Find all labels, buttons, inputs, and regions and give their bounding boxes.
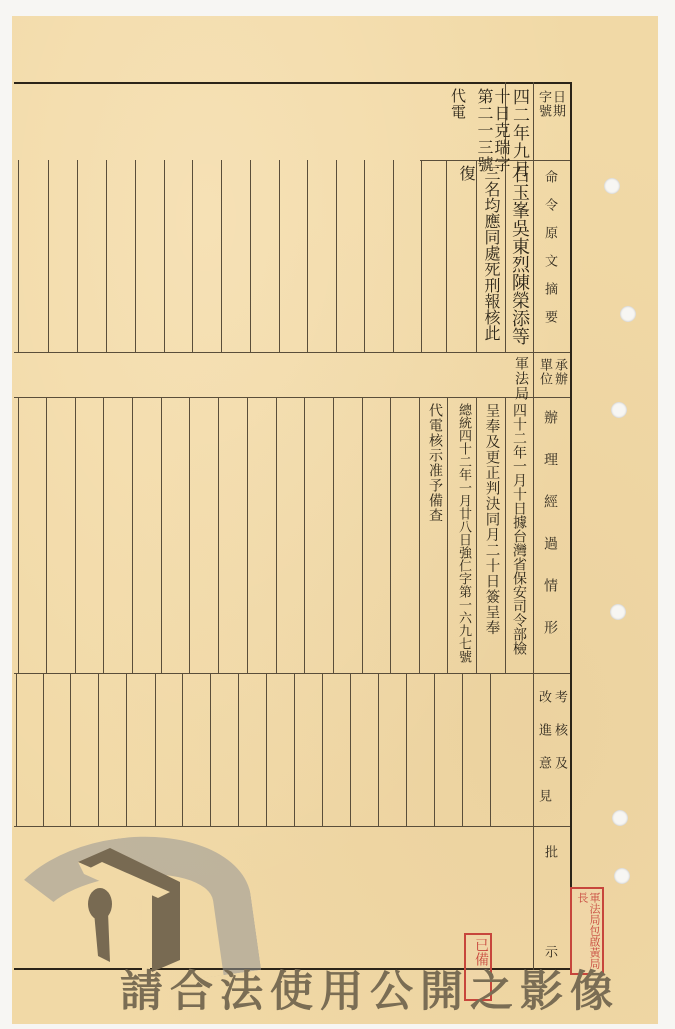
ruled-column-line	[132, 397, 133, 673]
ruled-column-line	[266, 673, 267, 826]
ruled-column-line	[155, 673, 156, 826]
ruled-column-line	[462, 673, 463, 826]
header-unit: 單位	[538, 358, 551, 386]
process-line-2: 呈奉及更正判決同月二十日簽呈奉	[484, 403, 499, 636]
ruled-column-line	[164, 160, 165, 352]
order-line-2: 三名均應同處死刑報核此	[483, 165, 499, 341]
archive-book-keyhole-icon	[70, 842, 190, 972]
ruled-column-line	[476, 397, 477, 673]
ruled-column-line	[364, 160, 365, 352]
ruled-column-line	[304, 397, 305, 673]
ruled-column-line	[238, 673, 239, 826]
ruled-column-line	[294, 673, 295, 826]
process-line-4: 代電核示准予備查	[428, 403, 442, 523]
ruled-column-line	[75, 397, 76, 673]
header-improvement: 改進意見	[537, 690, 550, 822]
frame-right	[570, 82, 572, 970]
punch-hole	[611, 402, 627, 418]
ruled-column-line	[490, 673, 491, 826]
telegram-label: 代電	[450, 88, 465, 120]
ruled-column-line	[505, 397, 506, 673]
header-approval-2: 示	[543, 945, 556, 959]
punch-hole	[612, 810, 628, 826]
ruled-column-line	[505, 160, 506, 352]
ruled-column-line	[421, 160, 422, 352]
ruled-column-line	[70, 673, 71, 826]
row-divider-review	[14, 826, 570, 827]
header-process: 辦理經過情形	[543, 410, 557, 670]
ruled-column-line	[182, 673, 183, 826]
punch-hole	[614, 868, 630, 884]
punch-hole	[620, 306, 636, 322]
row-divider-order	[14, 352, 570, 353]
ruled-column-line	[18, 160, 19, 352]
ruled-column-line	[106, 160, 107, 352]
date-line-2: 十日克瑞字	[493, 88, 509, 173]
ruled-column-line	[250, 160, 251, 352]
ruled-column-line	[279, 160, 280, 352]
ruled-column-line	[322, 673, 323, 826]
ruled-column-line	[18, 397, 19, 673]
ruled-column-line	[192, 160, 193, 352]
label-column-divider	[533, 82, 534, 970]
ruled-column-line	[103, 397, 104, 673]
ruled-column-line	[189, 397, 190, 673]
header-approval-1: 批	[543, 845, 556, 859]
ruled-column-line	[362, 397, 363, 673]
ruled-column-line	[406, 673, 407, 826]
ruled-column-line	[434, 673, 435, 826]
header-handling: 承辦	[553, 358, 566, 386]
ruled-column-line	[393, 160, 394, 352]
ruled-column-line	[247, 397, 248, 673]
ruled-column-line	[378, 673, 379, 826]
number-line: 第二一三號	[476, 88, 492, 173]
frame-top	[14, 82, 571, 84]
ruled-column-line	[46, 397, 47, 673]
ruled-column-line	[336, 160, 337, 352]
ruled-column-line	[16, 673, 17, 826]
ruled-column-line	[77, 160, 78, 352]
ruled-column-line	[48, 160, 49, 352]
punch-hole	[604, 178, 620, 194]
order-line-3: 復	[458, 165, 474, 182]
ruled-column-line	[447, 397, 448, 673]
ruled-column-line	[446, 160, 447, 352]
ruled-column-line	[210, 673, 211, 826]
process-line-1: 四十二年一月十日據台灣省保安司令部檢	[512, 403, 526, 655]
punch-hole	[610, 604, 626, 620]
process-line-3: 總統四十二年一月廿八日強仁字第一六九七號	[457, 403, 470, 663]
ruled-column-line	[161, 397, 162, 673]
ruled-column-line	[419, 397, 420, 673]
usage-watermark: 請合法使用公開之影像	[120, 958, 620, 1019]
ruled-column-line	[276, 397, 277, 673]
ruled-column-line	[218, 397, 219, 673]
ruled-column-line	[98, 673, 99, 826]
header-order-summary: 命令原文摘要	[543, 170, 556, 350]
ruled-column-line	[476, 160, 477, 352]
ruled-column-line	[307, 160, 308, 352]
ruled-column-line	[350, 673, 351, 826]
ruled-column-line	[135, 160, 136, 352]
ruled-column-line	[390, 397, 391, 673]
ruled-column-line	[221, 160, 222, 352]
row-divider-unit-top	[14, 397, 570, 398]
order-line-1: 石玉峯吳東烈陳榮添等	[510, 165, 528, 345]
ruled-column-line	[333, 397, 334, 673]
header-number: 字號	[537, 90, 550, 160]
handling-unit-value: 軍法局	[514, 356, 528, 401]
header-review: 考核及	[553, 690, 566, 789]
ruled-column-line	[126, 673, 127, 826]
ruled-column-line	[43, 673, 44, 826]
header-date: 日期	[551, 90, 564, 160]
